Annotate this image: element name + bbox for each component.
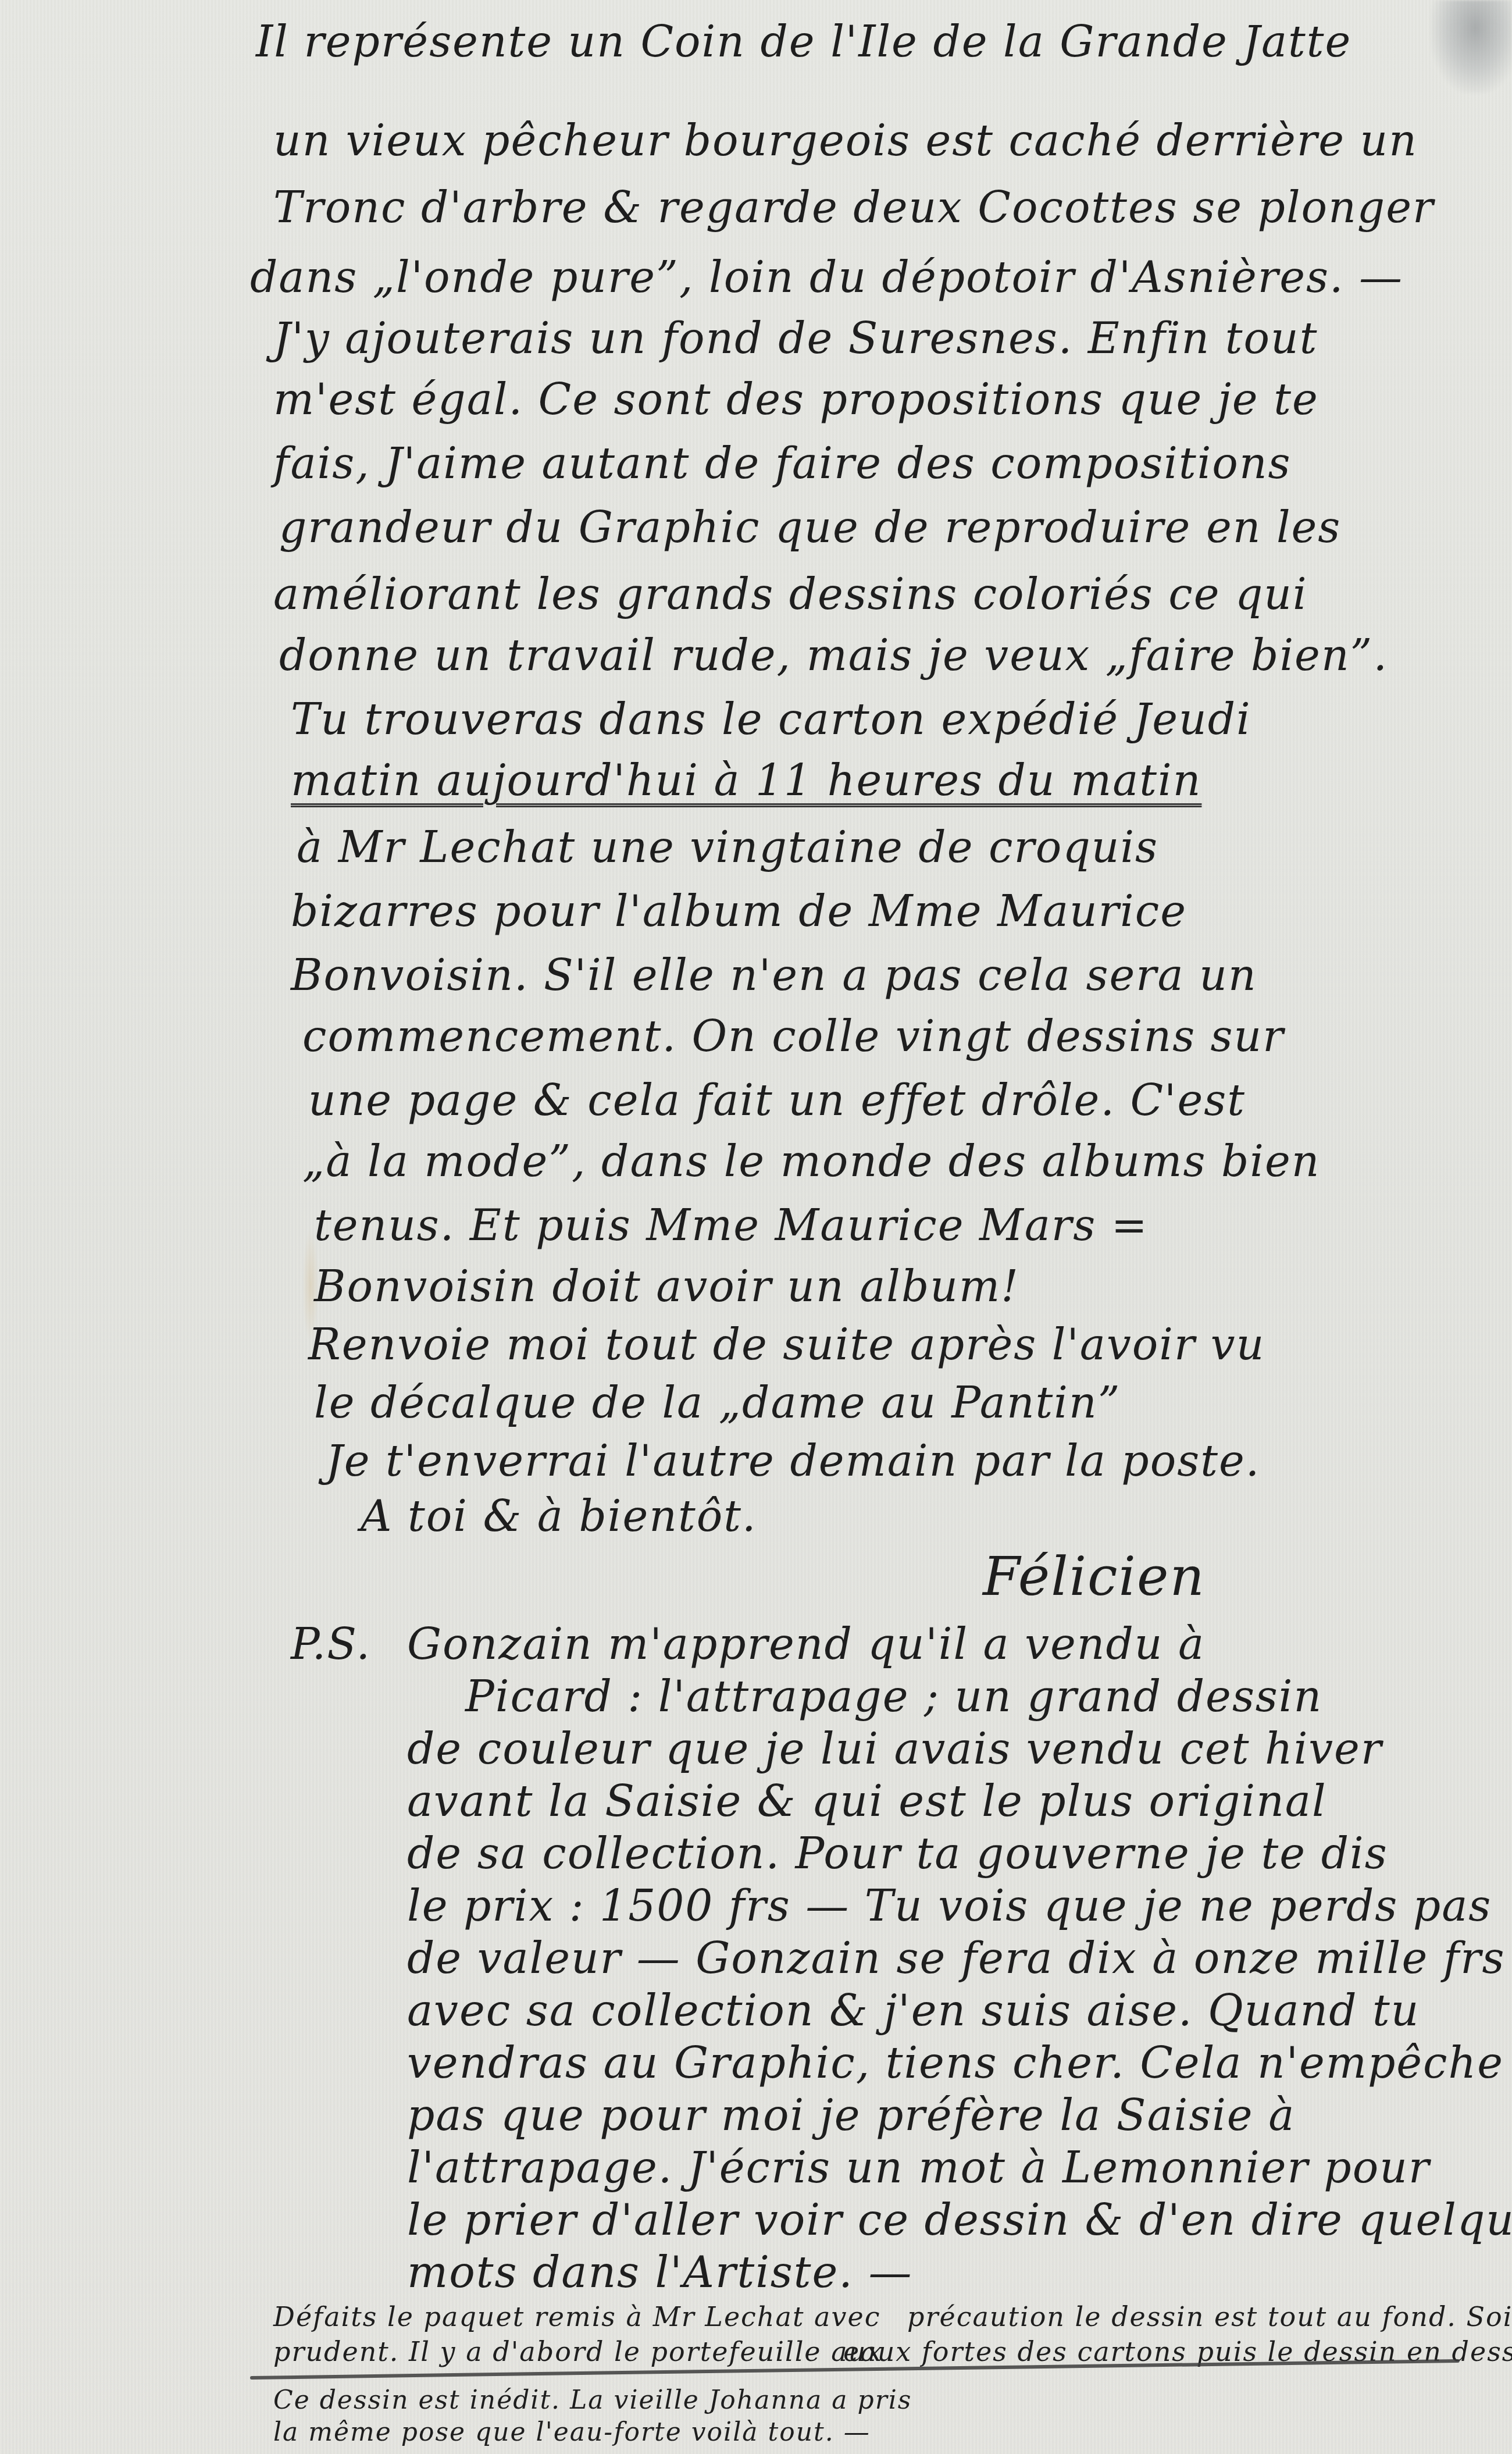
body-line: grandeur du Graphic que de reproduire en… bbox=[279, 506, 1341, 549]
body-line: Je t'enverrai l'autre demain par la post… bbox=[326, 1440, 1260, 1483]
body-line: „à la mode”, dans le monde des albums bi… bbox=[302, 1140, 1320, 1183]
ps-line: le prier d'aller voir ce dessin & d'en d… bbox=[407, 2199, 1512, 2242]
body-line: améliorant les grands dessins coloriés c… bbox=[273, 573, 1308, 616]
closing-line: A toi & à bientôt. bbox=[361, 1495, 757, 1538]
body-line: dans „l'onde pure”, loin du dépotoir d'A… bbox=[250, 256, 1403, 299]
body-line: Bonvoisin doit avoir un album! bbox=[314, 1265, 1019, 1308]
ps-line: Picard : l'attrapage ; un grand dessin bbox=[465, 1675, 1322, 1718]
ps-line: pas que pour moi je préfère la Saisie à bbox=[407, 2094, 1295, 2137]
ps-line: l'attrapage. J'écris un mot à Lemonnier … bbox=[407, 2146, 1430, 2189]
body-line: Il représente un Coin de l'Ile de la Gra… bbox=[256, 20, 1351, 63]
ps-line: Gonzain m'apprend qu'il a vendu à bbox=[407, 1623, 1205, 1666]
body-line: Bonvoisin. S'il elle n'en a pas cela ser… bbox=[291, 954, 1257, 997]
ps-line: avec sa collection & j'en suis aise. Qua… bbox=[407, 1989, 1420, 2032]
body-line: Tu trouveras dans le carton expédié Jeud… bbox=[291, 698, 1251, 741]
footnote-line: la même pose que l'eau-forte voilà tout.… bbox=[273, 2420, 871, 2445]
ps-line: le prix : 1500 frs — Tu vois que je ne p… bbox=[407, 1885, 1492, 1928]
ps-line: de couleur que je lui avais vendu cet hi… bbox=[407, 1728, 1382, 1771]
ps-label: P.S. bbox=[291, 1623, 371, 1666]
body-line: le décalque de la „dame au Pantin” bbox=[314, 1381, 1121, 1424]
body-line: fais, J'aime autant de faire des composi… bbox=[273, 442, 1292, 485]
body-line: J'y ajouterais un fond de Suresnes. Enfi… bbox=[273, 317, 1318, 360]
body-line: m'est égal. Ce sont des propositions que… bbox=[273, 378, 1319, 421]
addendum-line: précaution le dessin est tout au fond. S… bbox=[907, 2303, 1512, 2330]
ps-line: de sa collection. Pour ta gouverne je te… bbox=[407, 1832, 1388, 1875]
ps-line: avant la Saisie & qui est le plus origin… bbox=[407, 1780, 1327, 1823]
body-line: un vieux pêcheur bourgeois est caché der… bbox=[273, 119, 1418, 162]
ink-smudge bbox=[1431, 0, 1512, 93]
footnote-line: Ce dessin est inédit. La vieille Johanna… bbox=[273, 2388, 912, 2413]
ps-line: de valeur — Gonzain se fera dix à onze m… bbox=[407, 1937, 1506, 1980]
body-line-underlined: matin aujourd'hui à 11 heures du matin bbox=[291, 759, 1201, 802]
body-line: Renvoie moi tout de suite après l'avoir … bbox=[308, 1323, 1265, 1366]
ps-line: mots dans l'Artiste. — bbox=[407, 2251, 912, 2294]
body-line: Tronc d'arbre & regarde deux Cocottes se… bbox=[273, 186, 1434, 229]
body-line: à Mr Lechat une vingtaine de croquis bbox=[297, 826, 1158, 869]
body-line: donne un travail rude, mais je veux „fai… bbox=[279, 634, 1388, 677]
addendum-line: prudent. Il y a d'abord le portefeuille … bbox=[273, 2338, 883, 2365]
ps-line: vendras au Graphic, tiens cher. Cela n'e… bbox=[407, 2042, 1504, 2085]
body-line: bizarres pour l'album de Mme Maurice bbox=[291, 890, 1187, 933]
body-line: une page & cela fait un effet drôle. C'e… bbox=[308, 1079, 1246, 1122]
body-line: commencement. On colle vingt dessins sur bbox=[302, 1015, 1285, 1058]
signature: Félicien bbox=[983, 1550, 1206, 1604]
addendum-line: Défaits le paquet remis à Mr Lechat avec bbox=[273, 2303, 880, 2330]
body-line: tenus. Et puis Mme Maurice Mars = bbox=[314, 1204, 1149, 1247]
